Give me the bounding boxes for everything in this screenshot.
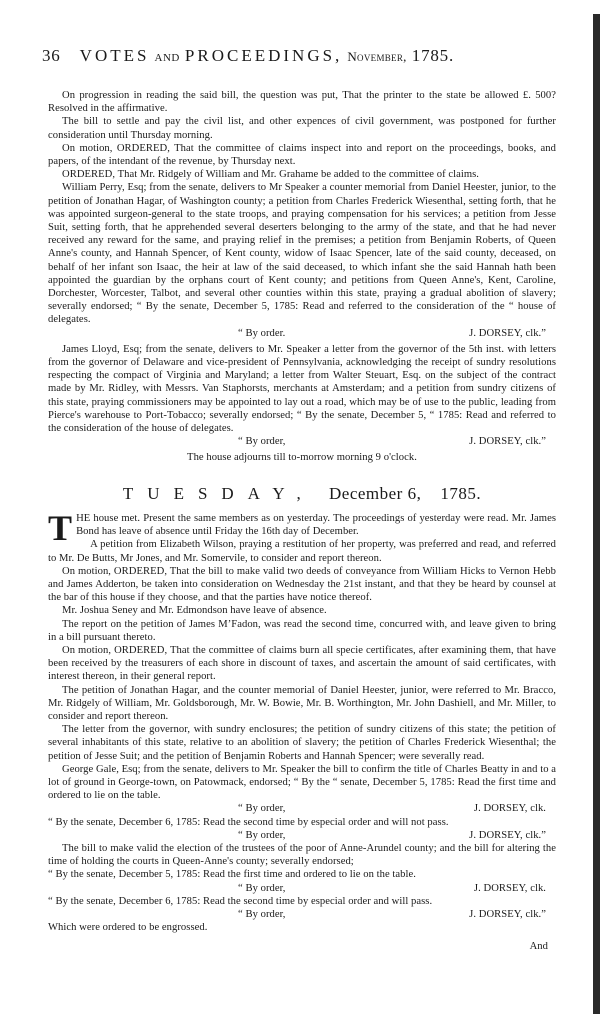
paragraph: William Perry, Esq; from the senate, del… (48, 181, 556, 326)
paragraph: The bill to settle and pay the civil lis… (48, 115, 556, 141)
paragraph: Mr. Joshua Seney and Mr. Edmondson have … (48, 604, 556, 617)
paragraph: The letter from the governor, with sundr… (48, 723, 556, 763)
paragraph: ORDERED, That Mr. Ridgely of William and… (48, 168, 556, 181)
signature-line: “ By order, J. DORSEY, clk. (48, 882, 556, 895)
senate-endorsement: “ By the senate, December 5, 1785: Read … (48, 868, 556, 881)
title-and: AND (155, 52, 180, 64)
paragraph: The report on the petition of James M’Fa… (48, 618, 556, 644)
scan-edge-shadow (593, 14, 600, 1014)
clerk-signature: J. DORSEY, clk. (474, 882, 546, 895)
paragraph: George Gale, Esq; from the senate, deliv… (48, 763, 556, 803)
paragraph-opening: THE house met. Present the same members … (48, 512, 556, 538)
signature-line: “ By order. J. DORSEY, clk.” (48, 327, 556, 340)
clerk-signature: J. DORSEY, clk.” (469, 435, 546, 448)
paragraph: James Lloyd, Esq; from the senate, deliv… (48, 343, 556, 435)
title-year: 1785. (412, 46, 454, 65)
signature-line: “ By order, J. DORSEY, clk. (48, 802, 556, 815)
day-heading: TUESDAY, December 6, 1785. (48, 487, 556, 500)
signature-line: “ By order, J. DORSEY, clk.” (48, 908, 556, 921)
catchword: And (48, 940, 556, 953)
by-order: “ By order, (238, 435, 286, 448)
by-order: “ By order. (238, 327, 285, 340)
engrossed-note: Which were ordered to be engrossed. (48, 921, 556, 934)
by-order: “ By order, (238, 908, 286, 921)
clerk-signature: J. DORSEY, clk.” (469, 908, 546, 921)
page-number: 36 (42, 46, 61, 65)
clerk-signature: J. DORSEY, clk.” (469, 327, 546, 340)
by-order: “ By order, (238, 829, 286, 842)
adjournment: The house adjourns till to-morrow mornin… (48, 451, 556, 464)
drop-cap: T (48, 514, 72, 542)
by-order: “ By order, (238, 882, 286, 895)
day-name: TUESDAY, (123, 484, 315, 503)
running-head: 36 VOTES AND PROCEEDINGS, November, 1785… (42, 46, 562, 66)
paragraph: On motion, ORDERED, That the bill to mak… (48, 565, 556, 605)
paragraph: On progression in reading the said bill,… (48, 89, 556, 115)
paragraph: On motion, ORDERED, That the committee o… (48, 142, 556, 168)
paragraph: On motion, ORDERED, That the committee o… (48, 644, 556, 684)
opening-text: HE house met. Present the same members a… (76, 513, 556, 537)
signature-line: “ By order, J. DORSEY, clk.” (48, 435, 556, 448)
day-date: December 6, (329, 484, 421, 503)
senate-endorsement: “ By the senate, December 6, 1785: Read … (48, 895, 556, 908)
paragraph: The bill to make valid the election of t… (48, 842, 556, 868)
day-year: 1785. (440, 484, 481, 503)
page-body: On progression in reading the said bill,… (48, 89, 556, 954)
title-month: November, (347, 49, 406, 64)
by-order: “ By order, (238, 802, 286, 815)
paragraph: The petition of Jonathan Hagar, and the … (48, 684, 556, 724)
senate-endorsement: “ By the senate, December 6, 1785: Read … (48, 816, 556, 829)
title-proceedings: PROCEEDINGS, (185, 46, 342, 65)
paragraph: A petition from Elizabeth Wilson, prayin… (48, 538, 556, 564)
clerk-signature: J. DORSEY, clk. (474, 802, 546, 815)
signature-line: “ By order, J. DORSEY, clk.” (48, 829, 556, 842)
clerk-signature: J. DORSEY, clk.” (469, 829, 546, 842)
title-votes: VOTES (80, 46, 150, 65)
